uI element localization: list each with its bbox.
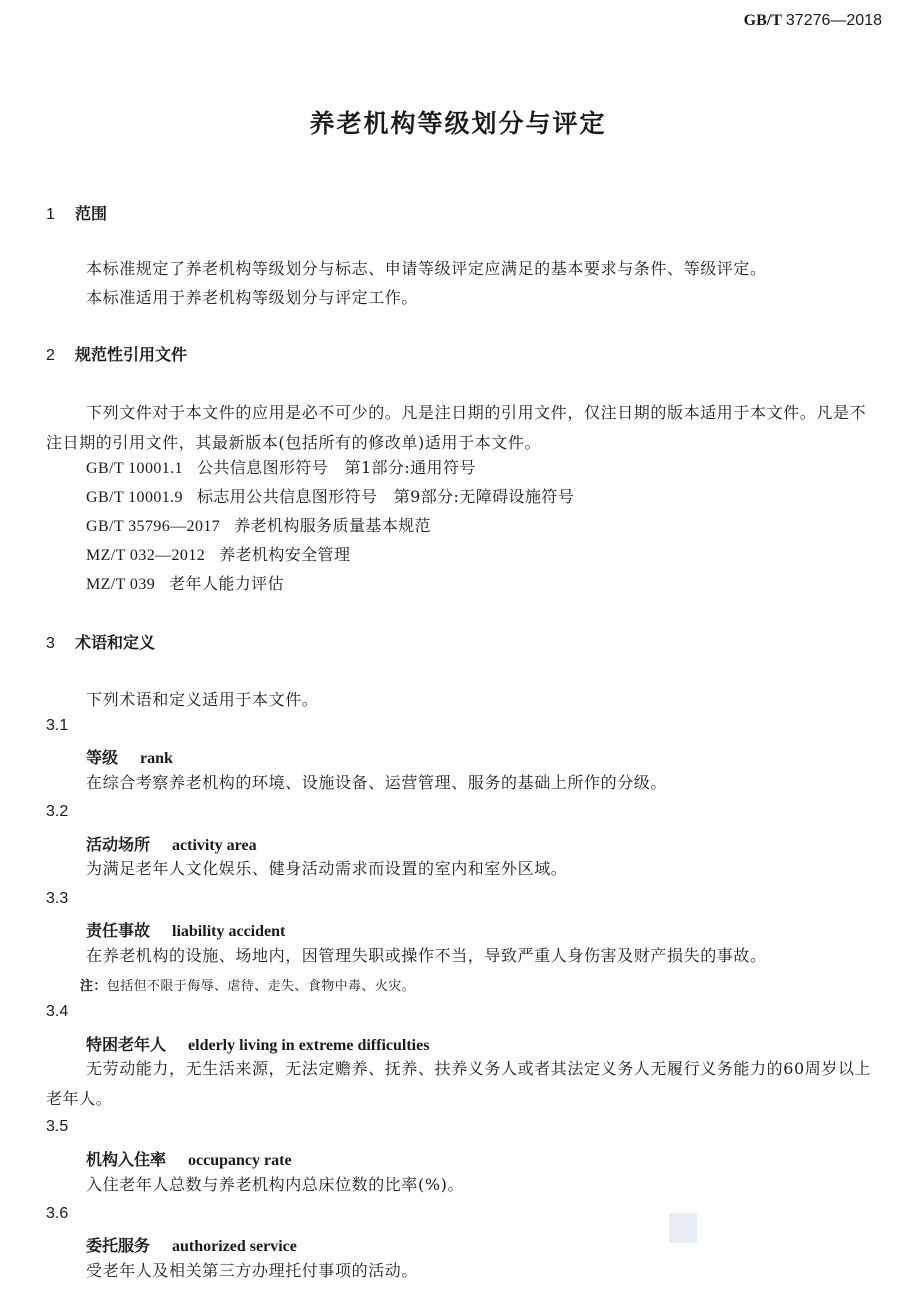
reference-code: GB/T 10001.9 — [86, 489, 183, 506]
section-number: 1 — [46, 206, 75, 224]
term-zh: 等级 — [86, 748, 118, 767]
section-title: 规范性引用文件 — [75, 345, 187, 364]
term-en: rank — [140, 750, 173, 767]
term-definition: 受老年人及相关第三方办理托付事项的活动。 — [86, 1257, 418, 1285]
document-title: 养老机构等级划分与评定 — [0, 104, 916, 140]
term-heading: 责任事故liability accident — [86, 918, 285, 941]
term-zh: 活动场所 — [86, 835, 150, 854]
watermark-logo-icon — [669, 1213, 697, 1243]
standard-code: GB/T 37276—2018 — [744, 12, 882, 30]
reference-code: GB/T 35796—2017 — [86, 518, 220, 535]
term-note: 注：包括但不限于侮辱、虐待、走失、食物中毒、火灾。 — [80, 975, 415, 994]
reference-code: MZ/T 032—2012 — [86, 547, 205, 564]
term-zh: 机构入住率 — [86, 1150, 166, 1169]
term-number: 3.3 — [46, 890, 68, 908]
term-zh: 委托服务 — [86, 1236, 150, 1255]
term-definition: 在养老机构的设施、场地内，因管理失职或操作不当，导致严重人身伤害及财产损失的事故… — [86, 942, 767, 970]
references-intro: 下列文件对于本文件的应用是必不可少的。凡是注日期的引用文件，仅注日期的版本适用于… — [46, 398, 882, 458]
reference-item: MZ/T 032—2012养老机构安全管理 — [86, 542, 350, 565]
scope-paragraph-2: 本标准适用于养老机构等级划分与评定工作。 — [86, 284, 418, 312]
section-2-heading: 2规范性引用文件 — [46, 342, 187, 365]
term-heading: 特困老年人elderly living in extreme difficult… — [86, 1032, 429, 1055]
term-heading: 活动场所activity area — [86, 832, 257, 855]
note-text: 包括但不限于侮辱、虐待、走失、食物中毒、火灾。 — [107, 979, 415, 994]
reference-code: GB/T 10001.1 — [86, 460, 183, 477]
term-number: 3.2 — [46, 803, 68, 821]
scope-paragraph-1: 本标准规定了养老机构等级划分与标志、申请等级评定应满足的基本要求与条件、等级评定… — [86, 255, 767, 283]
section-1-heading: 1范围 — [46, 201, 107, 224]
term-definition: 入住老年人总数与养老机构内总床位数的比率(%)。 — [86, 1171, 464, 1199]
reference-item: GB/T 35796—2017养老机构服务质量基本规范 — [86, 513, 431, 536]
section-title: 术语和定义 — [75, 633, 155, 652]
term-number: 3.1 — [46, 717, 68, 735]
reference-item: MZ/T 039老年人能力评估 — [86, 571, 284, 594]
term-number: 3.6 — [46, 1205, 68, 1223]
term-en: authorized service — [172, 1238, 297, 1255]
reference-title: 养老机构安全管理 — [219, 545, 350, 564]
term-heading: 等级rank — [86, 745, 173, 768]
term-number: 3.5 — [46, 1118, 68, 1136]
term-en: elderly living in extreme difficulties — [188, 1037, 429, 1054]
term-zh: 责任事故 — [86, 921, 150, 940]
term-en: liability accident — [172, 923, 285, 940]
term-en: activity area — [172, 837, 257, 854]
section-title: 范围 — [75, 204, 107, 223]
term-definition: 无劳动能力，无生活来源，无法定赡养、抚养、扶养义务人或者其法定义务人无履行义务能… — [46, 1054, 882, 1114]
term-heading: 机构入住率occupancy rate — [86, 1147, 292, 1170]
standard-prefix: GB/T — [744, 12, 782, 29]
terms-intro: 下列术语和定义适用于本文件。 — [86, 686, 318, 714]
section-number: 3 — [46, 635, 75, 653]
term-zh: 特困老年人 — [86, 1035, 166, 1054]
term-en: occupancy rate — [188, 1152, 292, 1169]
reference-item: GB/T 10001.9标志用公共信息图形符号 第9部分:无障碍设施符号 — [86, 484, 574, 507]
reference-title: 标志用公共信息图形符号 第9部分:无障碍设施符号 — [197, 487, 574, 506]
term-definition: 在综合考察养老机构的环境、设施设备、运营管理、服务的基础上所作的分级。 — [86, 769, 667, 797]
reference-title: 公共信息图形符号 第1部分:通用符号 — [197, 458, 476, 477]
section-number: 2 — [46, 347, 75, 365]
reference-code: MZ/T 039 — [86, 576, 155, 593]
note-label: 注： — [80, 979, 107, 994]
term-heading: 委托服务authorized service — [86, 1233, 297, 1256]
reference-title: 老年人能力评估 — [169, 574, 284, 593]
standard-number: 37276—2018 — [786, 12, 882, 29]
reference-item: GB/T 10001.1公共信息图形符号 第1部分:通用符号 — [86, 455, 476, 478]
reference-title: 养老机构服务质量基本规范 — [234, 516, 431, 535]
section-3-heading: 3术语和定义 — [46, 630, 155, 653]
term-number: 3.4 — [46, 1003, 68, 1021]
term-definition: 为满足老年人文化娱乐、健身活动需求而设置的室内和室外区域。 — [86, 855, 567, 883]
